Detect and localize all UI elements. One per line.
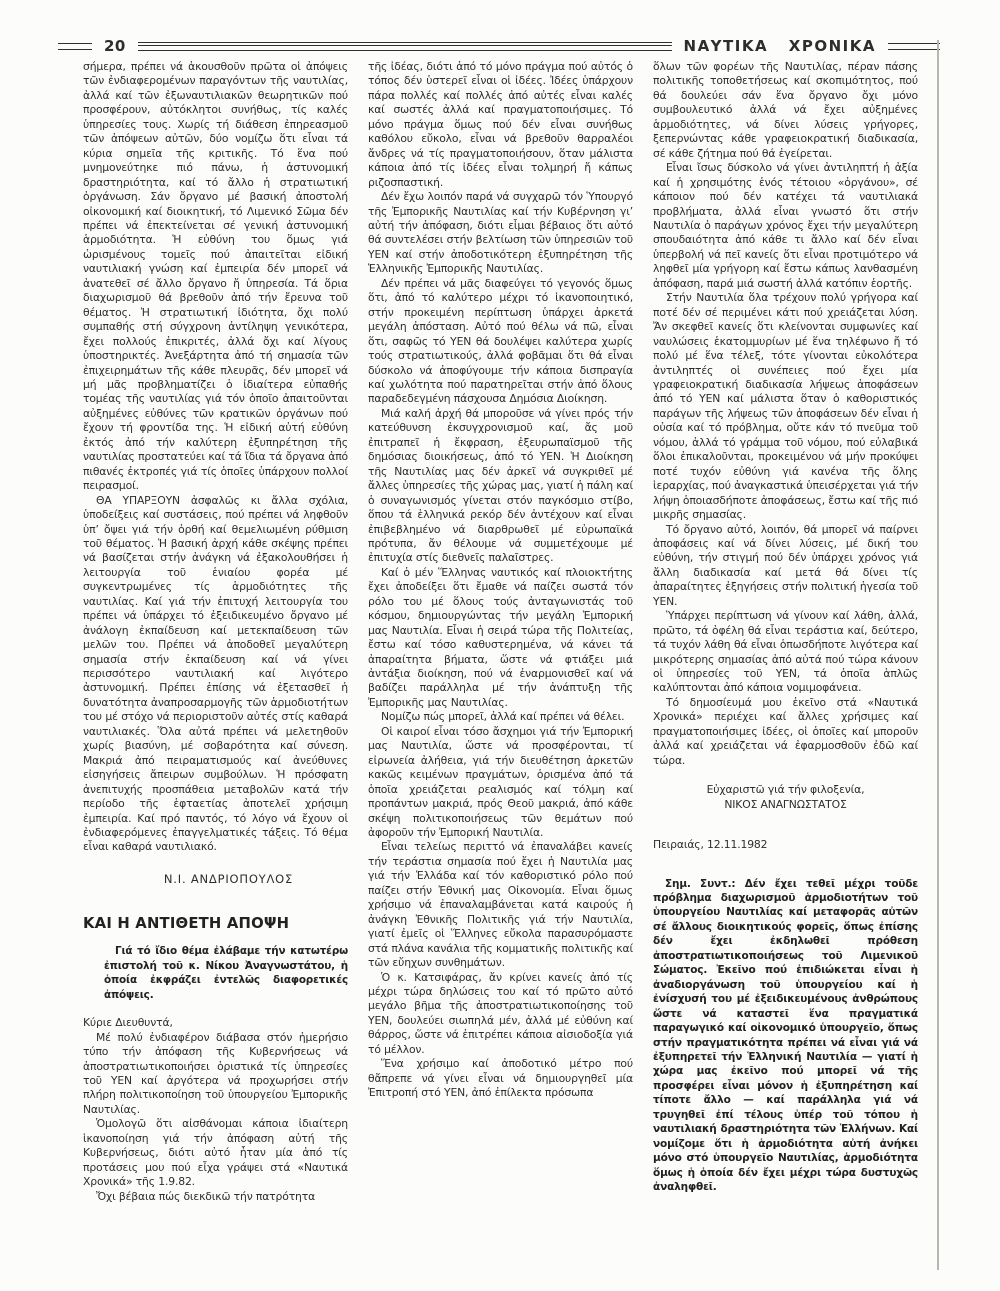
masthead-title: ΝΑΥΤΙΚΑ ΧΡΟΝΙΚΑ	[684, 37, 876, 55]
editors-note: Σημ. Συντ.: Δέν ἔχει τεθεῖ μέχρι τοῦδε π…	[653, 877, 918, 1195]
section-heading: ΚΑΙ Η ΑΝΤΙΘΕΤΗ ΑΠΟΨΗ	[83, 915, 348, 933]
paragraph: Ὁμολογῶ ὅτι αἰσθάνομαι κάποια ἰδιαίτερη …	[83, 1117, 348, 1189]
paragraph: Νομίζω πώς μπορεῖ, ἀλλά καί πρέπει νά θέ…	[368, 710, 633, 724]
column-1: σήμερα, πρέπει νά ἀκουσθοῦν πρῶτα οἱ ἀπό…	[83, 60, 348, 1230]
salutation: Κύριε Διευθυντά,	[83, 1016, 348, 1030]
paragraph-continued: τῆς ἰδέας, διότι ἀπό τό μόνο πράγμα πού …	[368, 60, 633, 190]
paragraph: Ὄχι βέβαια πώς διεκδικῶ τήν πατρότητα	[83, 1190, 348, 1204]
column-2: τῆς ἰδέας, διότι ἀπό τό μόνο πράγμα πού …	[368, 60, 633, 1230]
magazine-page: 20 ΝΑΥΤΙΚΑ ΧΡΟΝΙΚΑ σήμερα, πρέπει νά ἀκο…	[0, 0, 1000, 1291]
signature-author: Ν.Ι. ΑΝΔΡΙΟΠΟΥΛΟΣ	[83, 872, 348, 886]
header-rule-right	[888, 43, 940, 50]
paragraph: Εἶναι τελείως περιττό νά ἐπαναλάβει κανε…	[368, 840, 633, 970]
paragraph: Στήν Ναυτιλία ὅλα τρέχουν πολύ γρήγορα κ…	[653, 291, 918, 522]
article-body: σήμερα, πρέπει νά ἀκουσθοῦν πρῶτα οἱ ἀπό…	[83, 60, 919, 1230]
closing-line: Εὐχαριστῶ γιά τήν φιλοξενία,	[653, 783, 918, 797]
header-rule-left	[58, 43, 92, 50]
page-number: 20	[104, 37, 126, 55]
paragraph: Τό δημοσίευμά μου ἐκεῖνο στά «Ναυτικά Χρ…	[653, 696, 918, 768]
paragraph-continued: ὅλων τῶν φορέων τῆς Ναυτιλίας, πέραν πάσ…	[653, 60, 918, 161]
dateline: Πειραιάς, 12.11.1982	[653, 838, 918, 852]
paragraph: Εἶναι ἴσως δύσκολο νά γίνει ἀντιληπτή ἡ …	[653, 161, 918, 291]
column-3: ὅλων τῶν φορέων τῆς Ναυτιλίας, πέραν πάσ…	[653, 60, 918, 1230]
page-edge-line	[937, 40, 939, 1270]
paragraph: Οἱ καιροί εἶναι τόσο ἄσχημοι γιά τήν Ἐμπ…	[368, 725, 633, 841]
editor-intro: Γιά τό ἴδιο θέμα ἐλάβαμε τήν κατωτέρω ἐπ…	[83, 944, 348, 1002]
paragraph-continued: σήμερα, πρέπει νά ἀκουσθοῦν πρῶτα οἱ ἀπό…	[83, 60, 348, 494]
paragraph: Ὑπάρχει περίπτωση νά γίνουν καί λάθη, ἀλ…	[653, 609, 918, 696]
paragraph: Δέν πρέπει νά μᾶς διαφεύγει τό γεγονός ὅ…	[368, 277, 633, 407]
paragraph: ΘΑ ΥΠΑΡΞΟΥΝ ἀσφαλῶς κι ἄλλα σχόλια, ὑποδ…	[83, 494, 348, 855]
paragraph: Δέν ἔχω λοιπόν παρά νά συγχαρῶ τόν Ὑπουρ…	[368, 190, 633, 277]
paragraph: Καί ὁ μέν Ἕλληνας ναυτικός καί πλοιοκτήτ…	[368, 566, 633, 711]
paragraph: Μέ πολύ ἐνδιαφέρον διάβασα στόν ἡμερήσιο…	[83, 1031, 348, 1118]
signature-letter-author: ΝΙΚΟΣ ΑΝΑΓΝΩΣΤΑΤΟΣ	[653, 798, 918, 812]
paragraph: Μιά καλή ἀρχή θά μποροῦσε νά γίνει πρός …	[368, 407, 633, 566]
paragraph: Τό ὄργανο αὐτό, λοιπόν, θά μπορεῖ νά παί…	[653, 523, 918, 610]
page-header: 20 ΝΑΥΤΙΚΑ ΧΡΟΝΙΚΑ	[58, 36, 940, 56]
paragraph: Ὁ κ. Κατσιφάρας, ἄν κρίνει κανείς ἀπό τί…	[368, 971, 633, 1058]
header-rule-middle	[138, 42, 672, 51]
paragraph: Ἕνα χρήσιμο καί ἀποδοτικό μέτρο πού θἄπρ…	[368, 1057, 633, 1100]
